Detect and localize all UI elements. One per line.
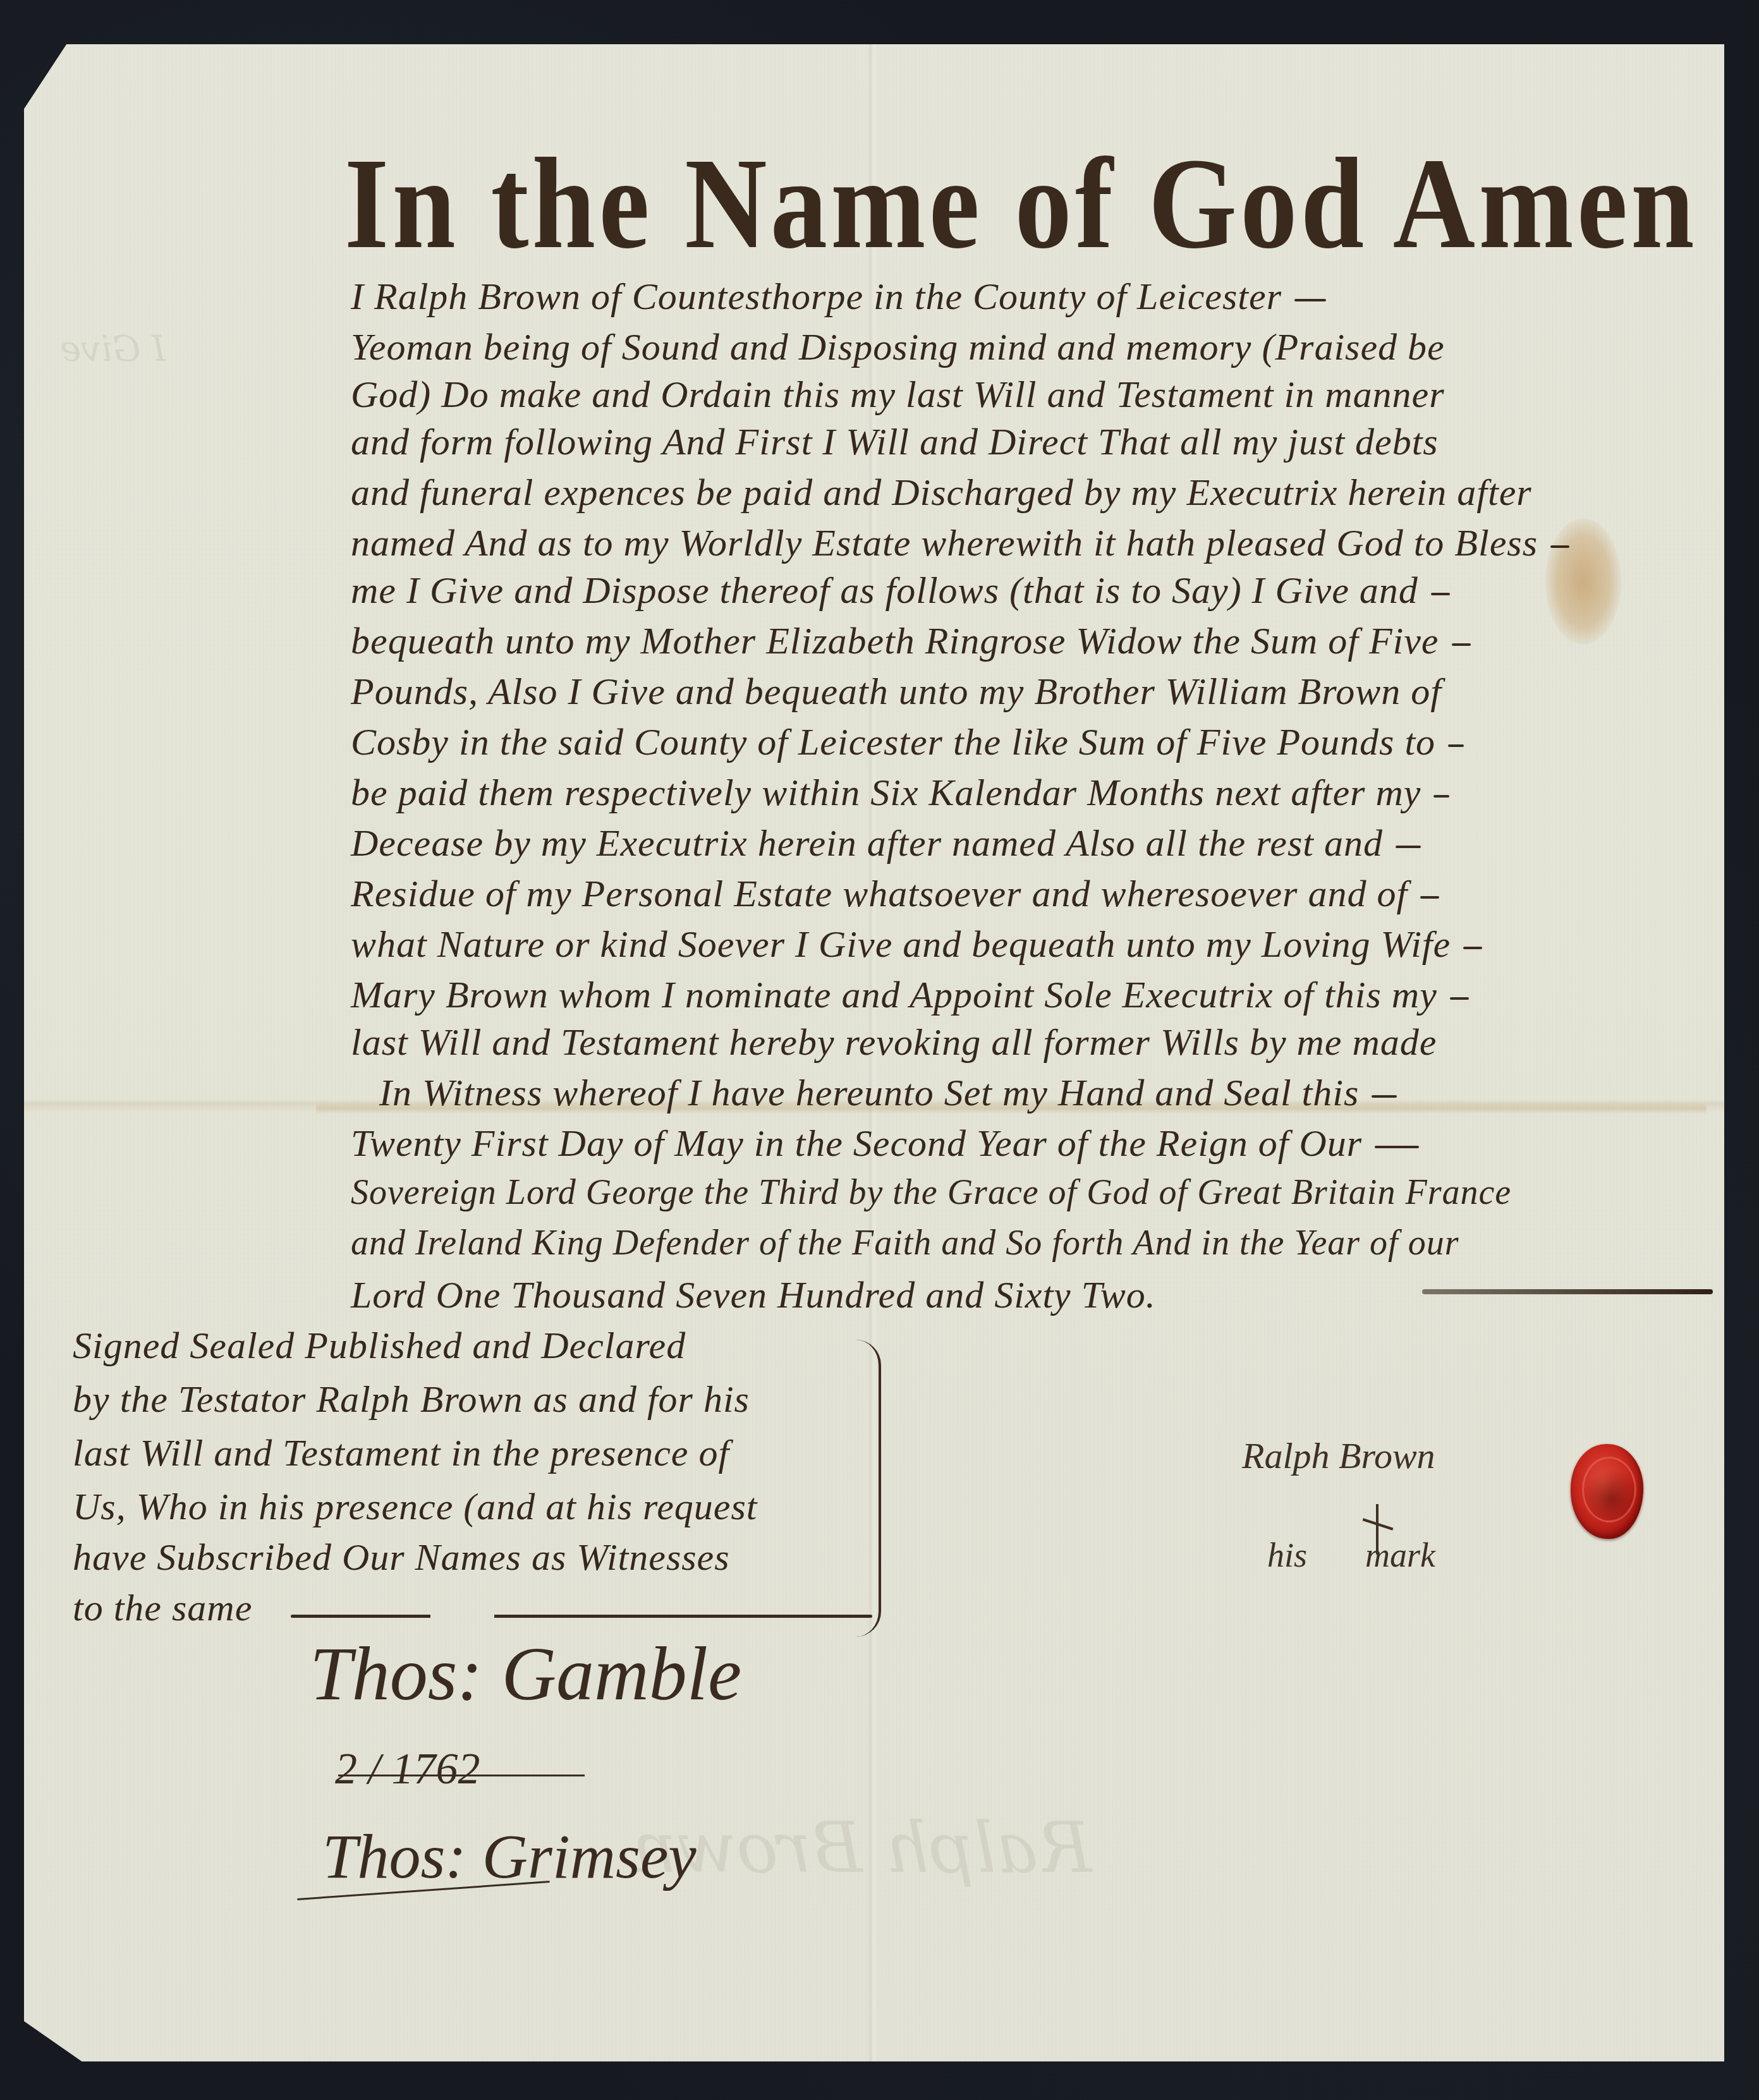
body-line: In Witness whereof I have hereunto Set m… [379, 1071, 1397, 1115]
body-line: Lord One Thousand Seven Hundred and Sixt… [351, 1273, 1156, 1317]
body-line: bequeath unto my Mother Elizabeth Ringro… [351, 619, 1471, 663]
line-filler-dash [1294, 299, 1326, 301]
body-line: named And as to my Worldly Estate wherew… [351, 521, 1569, 565]
body-line: God) Do make and Ordain this my last Wil… [351, 373, 1445, 416]
body-line: Twenty First Day of May in the Second Ye… [351, 1122, 1419, 1165]
testator-name: Ralph Brown [1242, 1435, 1435, 1477]
body-line: last Will and Testament hereby revoking … [351, 1021, 1437, 1064]
line-filler-dash [1450, 997, 1469, 1000]
body-line: and Ireland King Defender of the Faith a… [351, 1223, 1459, 1263]
line-filler-dash [1431, 593, 1450, 595]
line-filler-dash [1452, 643, 1471, 646]
body-line: and form following And First I Will and … [351, 420, 1439, 464]
line-filler-dash [1433, 795, 1449, 798]
bleed-through-text: I Give [60, 329, 166, 370]
bleed-through-text: Ralph Brown [632, 1807, 1092, 1888]
body-line: I Ralph Brown of Countesthorpe in the Co… [351, 275, 1326, 319]
body-line: Mary Brown whom I nominate and Appoint S… [351, 973, 1469, 1017]
body-line: Cosby in the said County of Leicester th… [351, 720, 1464, 764]
attestation-line: by the Testator Ralph Brown as and for h… [73, 1378, 750, 1421]
attestation-line: Signed Sealed Published and Declared [73, 1324, 686, 1368]
line-filler-dash [1550, 545, 1569, 548]
attestation-brace [853, 1340, 881, 1637]
body-line: be paid them respectively within Six Kal… [351, 771, 1449, 815]
body-line: Yeoman being of Sound and Disposing mind… [351, 325, 1445, 369]
wax-seal-icon [1571, 1444, 1643, 1539]
body-line: and funeral expences be paid and Dischar… [351, 471, 1532, 514]
body-line: Residue of my Personal Estate whatsoever… [351, 872, 1439, 916]
line-filler-dash [1375, 1146, 1419, 1148]
testator-mark-label: mark [1365, 1536, 1435, 1575]
testator-his-label: his [1267, 1536, 1307, 1575]
attestation-line: Us, Who in his presence (and at his requ… [73, 1485, 757, 1529]
witness-signature-gamble: Thos: Gamble [310, 1630, 741, 1718]
line-filler-dash [1372, 1095, 1397, 1098]
witness-date-note: 2 / 1762 [335, 1744, 480, 1795]
attestation-rule [291, 1615, 872, 1618]
line-filler-dash [1396, 846, 1421, 848]
body-line: Sovereign Lord George the Third by the G… [351, 1172, 1511, 1213]
line-filler-dash [1448, 744, 1464, 747]
line-filler-dash [1463, 947, 1482, 949]
witness-signature-grimsey: Thos: Grimsey [322, 1820, 697, 1893]
attestation-line: to the same [73, 1586, 252, 1630]
line-filler-dash [1420, 896, 1439, 899]
document-heading: In the Name of God Amen [344, 130, 1698, 279]
attestation-line: last Will and Testament in the presence … [73, 1431, 729, 1475]
date-underline [338, 1775, 585, 1776]
closing-flourish-rule [1422, 1289, 1713, 1294]
body-line: what Nature or kind Soever I Give and be… [351, 923, 1482, 966]
body-line: me I Give and Dispose thereof as follows… [351, 569, 1450, 612]
body-line: Decease by my Executrix herein after nam… [351, 822, 1421, 865]
body-line: Pounds, Also I Give and bequeath unto my… [351, 670, 1442, 713]
seal-impression [1582, 1457, 1636, 1522]
attestation-line: have Subscribed Our Names as Witnesses [73, 1536, 730, 1579]
